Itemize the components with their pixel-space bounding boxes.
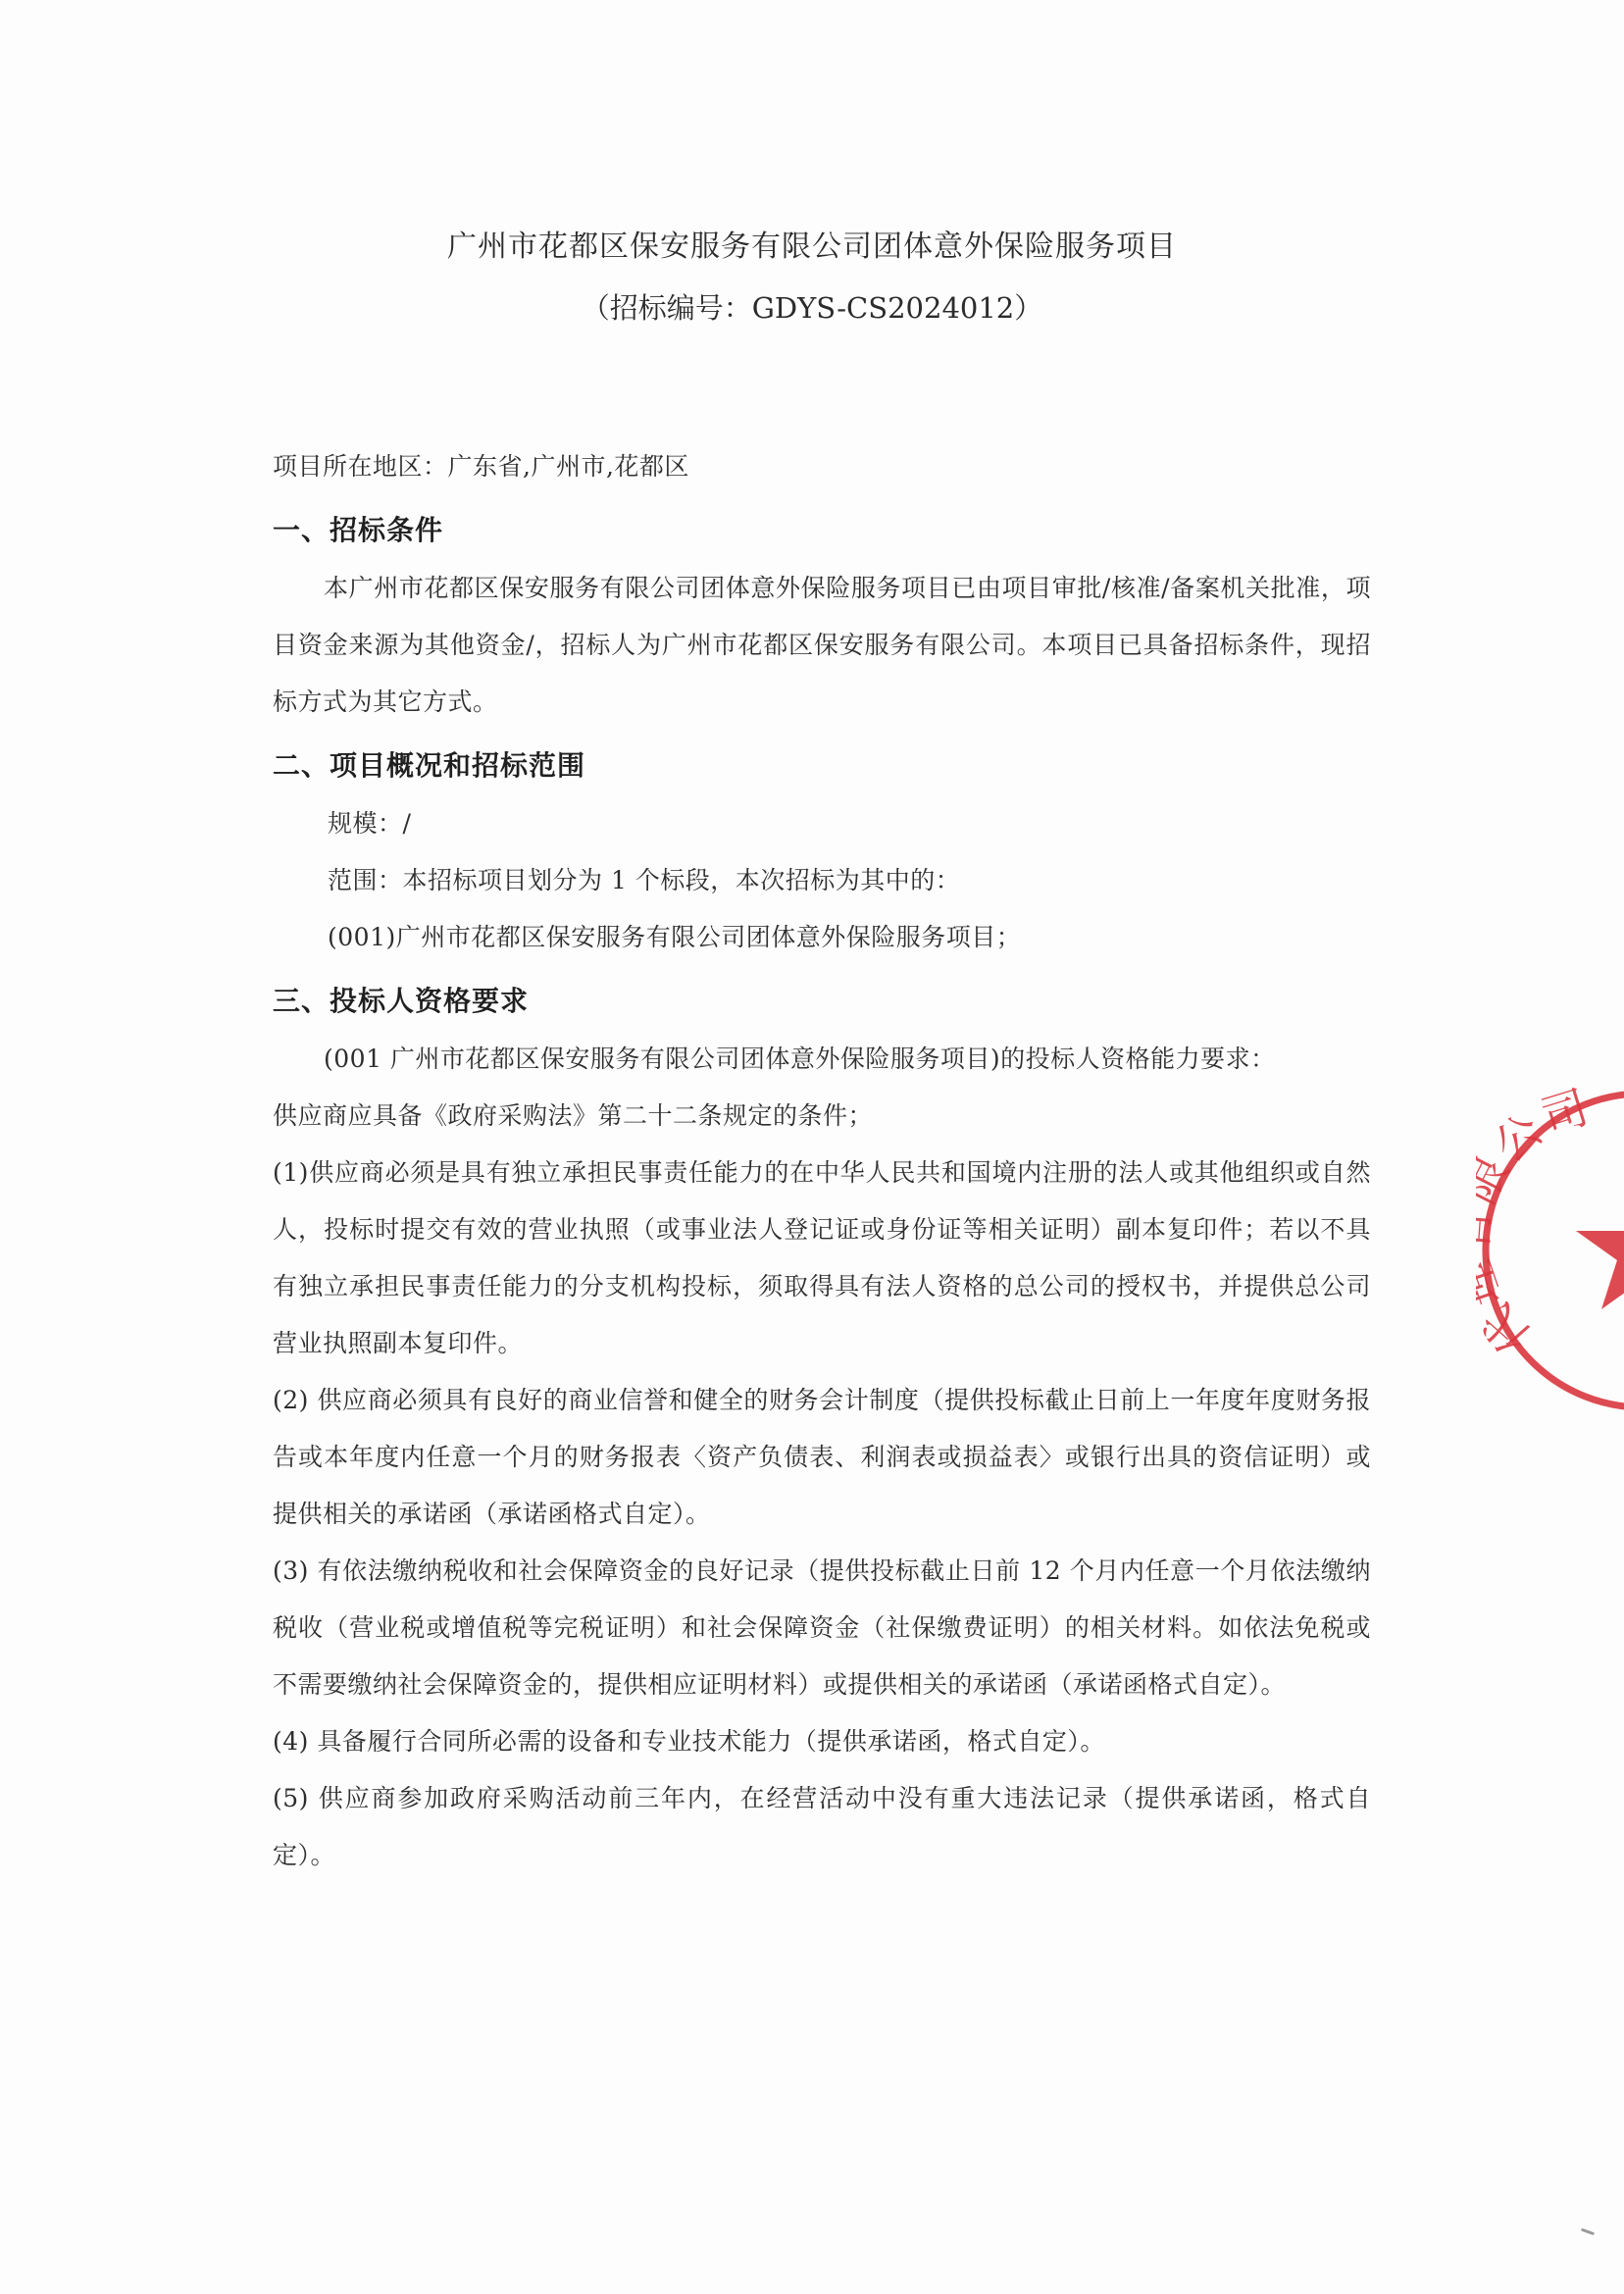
title-block: 广州市花都区保安服务有限公司团体意外保险服务项目 （招标编号：GDYS-CS20… (0, 228, 1624, 328)
seal-text: 代理有限公司 (1476, 1084, 1596, 1363)
qualification-item-3: (3) 有依法缴纳税收和社会保障资金的良好记录（提供投标截止日前 12 个月内任… (273, 1543, 1371, 1713)
section-heading-bidder-qualifications: 三、投标人资格要求 (273, 982, 1371, 1021)
project-region: 项目所在地区：广东省,广州市,花都区 (273, 438, 1371, 495)
company-seal-stamp: 代理有限公司 5 (1476, 1084, 1624, 1417)
qualification-item-4: (4) 具备履行合同所必需的设备和专业技术能力（提供承诺函，格式自定）。 (273, 1713, 1371, 1770)
document-body: 项目所在地区：广东省,广州市,花都区 一、招标条件 本广州市花都区保安服务有限公… (273, 438, 1371, 1884)
document-page: 广州市花都区保安服务有限公司团体意外保险服务项目 （招标编号：GDYS-CS20… (0, 0, 1624, 2294)
project-scale: 规模：/ (273, 795, 1371, 852)
document-title: 广州市花都区保安服务有限公司团体意外保险服务项目 (0, 228, 1624, 267)
qualification-item-5: (5) 供应商参加政府采购活动前三年内，在经营活动中没有重大违法记录（提供承诺函… (273, 1770, 1371, 1884)
section-heading-tender-conditions: 一、招标条件 (273, 511, 1371, 550)
project-scope: 范围：本招标项目划分为 1 个标段，本次招标为其中的： (273, 852, 1371, 909)
qualification-item-2: (2) 供应商必须具有良好的商业信誉和健全的财务会计制度（提供投标截止日前上一年… (273, 1372, 1371, 1543)
qualification-law: 供应商应具备《政府采购法》第二十二条规定的条件； (273, 1088, 1371, 1145)
section-heading-project-overview: 二、项目概况和招标范围 (273, 746, 1371, 786)
project-lot: (001)广州市花都区保安服务有限公司团体意外保险服务项目； (273, 909, 1371, 966)
scan-artifact (1581, 2228, 1595, 2236)
qualification-item-1: (1)供应商必须是具有独立承担民事责任能力的在中华人民共和国境内注册的法人或其他… (273, 1145, 1371, 1372)
seal-star-icon (1576, 1182, 1624, 1309)
tender-conditions-text: 本广州市花都区保安服务有限公司团体意外保险服务项目已由项目审批/核准/备案机关批… (273, 560, 1371, 731)
svg-text:代理有限公司: 代理有限公司 (1476, 1084, 1596, 1363)
tender-number: （招标编号：GDYS-CS2024012） (0, 288, 1624, 328)
qualification-intro: (001 广州市花都区保安服务有限公司团体意外保险服务项目)的投标人资格能力要求… (273, 1031, 1371, 1088)
